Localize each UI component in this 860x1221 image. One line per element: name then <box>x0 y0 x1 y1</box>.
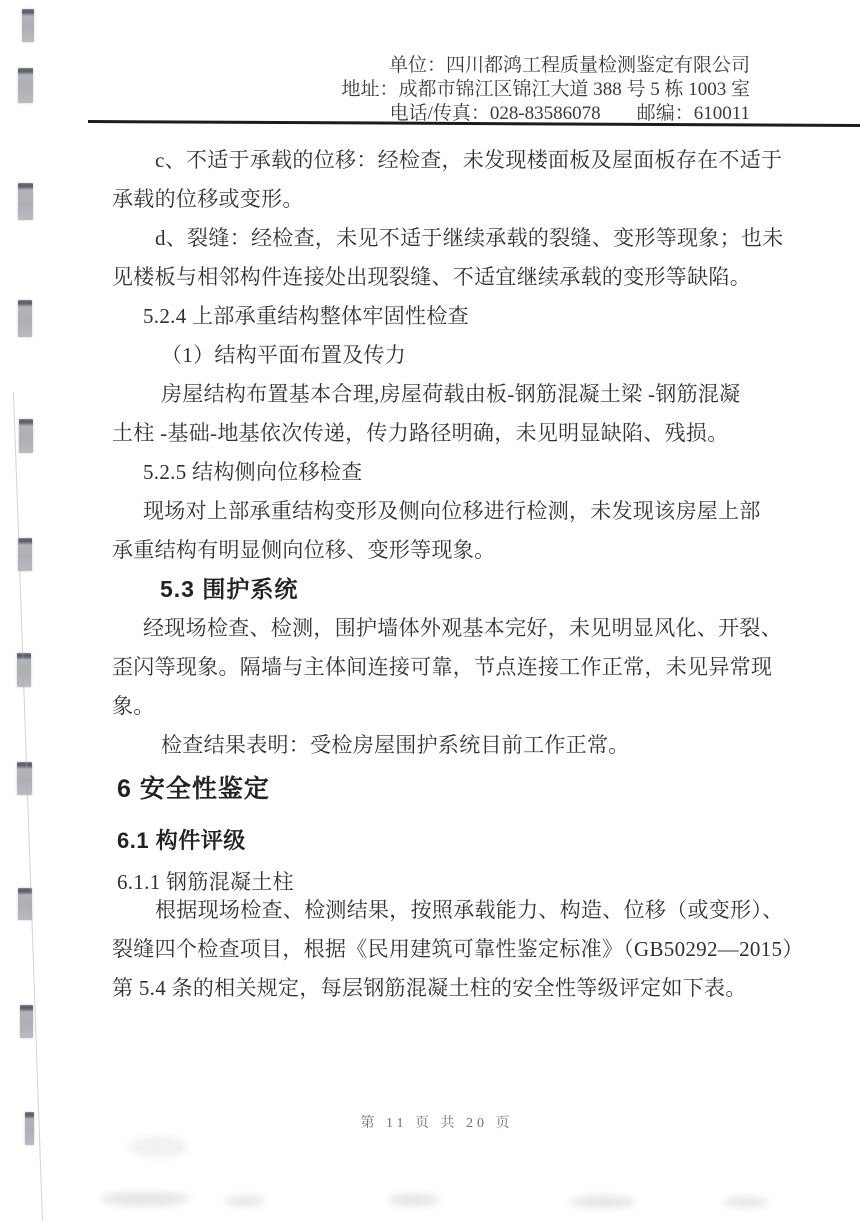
unit-value: 四川都鸿工程质量检测鉴定有限公司 <box>446 55 750 76</box>
postcode-label: 邮编： <box>637 103 694 124</box>
page-indicator: 第 11 页 共 20 页 <box>361 1116 514 1131</box>
doc-line: 5.3 围护系统 <box>112 570 772 609</box>
scan-smudge <box>388 1194 440 1206</box>
unit-label: 单位： <box>389 55 446 76</box>
doc-line: 现场对上部承重结构变形及侧向位移进行检测，未发现该房屋上部 <box>112 492 772 531</box>
binding-hole-mark <box>18 183 33 220</box>
doc-line: 经现场检查、检测，围护墙体外观基本完好，未见明显风化、开裂、 <box>112 609 772 648</box>
header-unit-line: 单位：四川都鸿工程质量检测鉴定有限公司 <box>230 54 750 78</box>
binding-hole-mark <box>18 68 33 103</box>
doc-line: c、不适于承载的位移：经检查，未发现楼面板及屋面板存在不适于 <box>112 141 772 180</box>
doc-line: 土柱 -基础-地基依次传递，传力路径明确，未见明显缺陷、残损。 <box>112 414 772 453</box>
binding-hole-mark <box>18 300 32 337</box>
doc-line: 5.2.5 结构侧向位移检查 <box>112 453 772 492</box>
doc-line: 房屋结构布置基本合理,房屋荷载由板-钢筋混凝土梁 -钢筋混凝 <box>112 375 772 414</box>
doc-line: 承重结构有明显侧向位移、变形等现象。 <box>112 531 772 570</box>
scan-smudge <box>570 1196 636 1208</box>
scan-smudge <box>225 1196 265 1206</box>
document-page: 单位：四川都鸿工程质量检测鉴定有限公司 地址：成都市锦江区锦江大道 388 号 … <box>0 0 860 1221</box>
header-address-line: 地址：成都市锦江区锦江大道 388 号 5 栋 1003 室 <box>230 78 750 102</box>
scan-smudge <box>100 1192 190 1206</box>
doc-line: 6 安全性鉴定 <box>112 770 772 809</box>
address-value: 成都市锦江区锦江大道 388 号 5 栋 1003 室 <box>398 79 750 100</box>
doc-line: 检查结果表明：受检房屋围护系统目前工作正常。 <box>112 726 772 765</box>
phone-value: 028-83586078 <box>490 103 601 124</box>
binding-hole-mark <box>20 1005 33 1038</box>
doc-line: 第 5.4 条的相关规定，每层钢筋混凝土柱的安全性等级评定如下表。 <box>112 969 772 1008</box>
address-label: 地址： <box>341 79 398 100</box>
binding-hole-mark <box>22 9 34 42</box>
document-body: c、不适于承载的位移：经检查，未发现楼面板及屋面板存在不适于承载的位移或变形。d… <box>112 141 772 1008</box>
doc-line: 歪闪等现象。隔墙与主体间连接可靠，节点连接工作正常，未见异常现 <box>112 648 772 687</box>
doc-line: 6.1 构件评级 <box>112 821 772 860</box>
page-edge-shadow <box>13 392 43 1221</box>
doc-line: 根据现场检查、检测结果，按照承载能力、构造、位移（或变形）、 <box>112 891 772 930</box>
doc-line: 裂缝四个检查项目，根据《民用建筑可靠性鉴定标准》（GB50292—2015） <box>112 930 772 969</box>
report-header: 单位：四川都鸿工程质量检测鉴定有限公司 地址：成都市锦江区锦江大道 388 号 … <box>230 54 750 126</box>
scan-smudge <box>723 1197 769 1207</box>
scan-smudge <box>128 1136 188 1158</box>
postcode-value: 610011 <box>694 103 750 124</box>
doc-line: （1）结构平面布置及传力 <box>112 336 772 375</box>
doc-line: 象。 <box>112 687 772 726</box>
binding-hole-mark <box>19 419 33 453</box>
doc-line: d、裂缝：经检查，未见不适于继续承载的裂缝、变形等现象；也未 <box>112 219 772 258</box>
doc-line: 5.2.4 上部承重结构整体牢固性检查 <box>112 297 772 336</box>
doc-line: 承载的位移或变形。 <box>112 180 772 219</box>
page-footer: 第 11 页 共 20 页 <box>0 1112 860 1132</box>
binding-hole-mark <box>17 762 32 795</box>
doc-line: 见楼板与相邻构件连接处出现裂缝、不适宜继续承载的变形等缺陷。 <box>112 258 772 297</box>
